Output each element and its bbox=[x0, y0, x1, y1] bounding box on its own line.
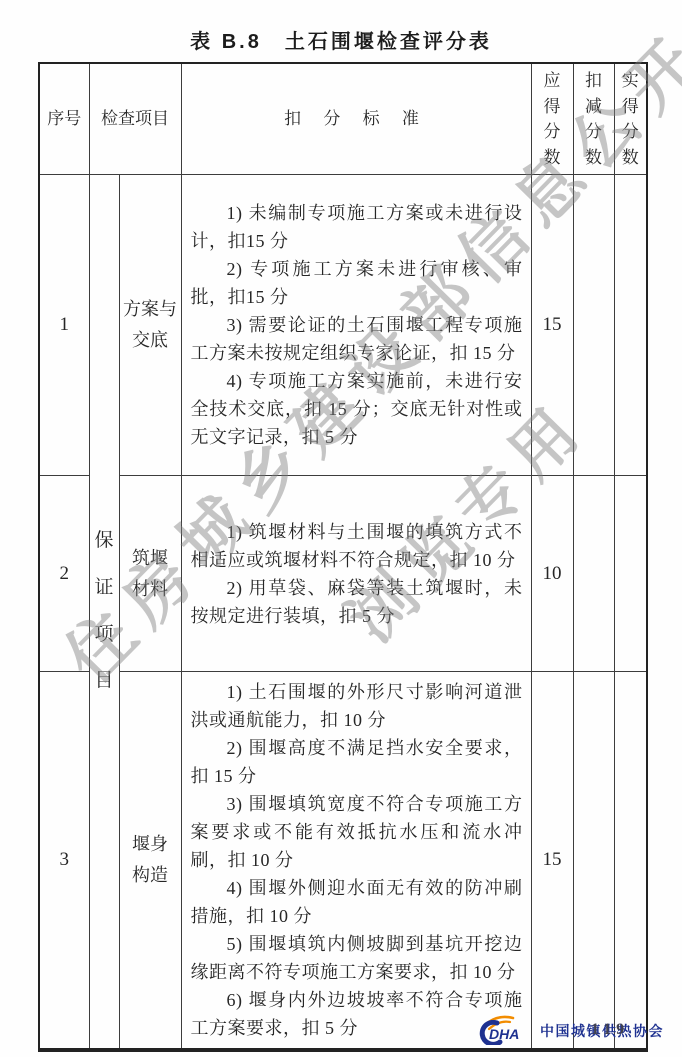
criteria-paragraph: 1) 筑堰材料与土围堰的填筑方式不相适应或筑堰材料不符合规定，扣 10 分 bbox=[191, 518, 523, 574]
cell-actual-score bbox=[614, 476, 647, 672]
cell-due-score: 15 bbox=[531, 672, 573, 1051]
header-deducted-score: 扣减分数 bbox=[573, 63, 614, 175]
svg-text:DHA: DHA bbox=[489, 1026, 519, 1042]
table-row: 3 堰身 构造 1) 土石围堰的外形尺寸影响河道泄洪或通航能力，扣 10 分2)… bbox=[39, 672, 647, 1051]
table-row: 2 筑堰 材料 1) 筑堰材料与土围堰的填筑方式不相适应或筑堰材料不符合规定，扣… bbox=[39, 476, 647, 672]
criteria-paragraph: 3) 需要论证的土石围堰工程专项施工方案未按规定组织专家论证，扣 15 分 bbox=[191, 311, 523, 367]
criteria-paragraph: 4) 专项施工方案实施前，未进行安全技术交底，扣 15 分；交底无针对性或无文字… bbox=[191, 367, 523, 451]
cell-sub-item: 方案与 交底 bbox=[119, 175, 181, 476]
cell-sub-item: 筑堰 材料 bbox=[119, 476, 181, 672]
publisher-footer: DHA 中国城镇供热协会 bbox=[475, 1013, 664, 1049]
cdha-logo-icon: DHA bbox=[475, 1013, 533, 1050]
criteria-paragraph: 2) 围堰高度不满足挡水安全要求，扣 15 分 bbox=[191, 734, 523, 790]
criteria-paragraph: 1) 未编制专项施工方案或未进行设计，扣15 分 bbox=[191, 199, 523, 255]
cell-serial-no: 3 bbox=[39, 672, 89, 1051]
cell-criteria: 1) 筑堰材料与土围堰的填筑方式不相适应或筑堰材料不符合规定，扣 10 分2) … bbox=[181, 476, 531, 672]
cell-deducted-score bbox=[573, 175, 614, 476]
header-serial-no: 序号 bbox=[39, 63, 89, 175]
criteria-paragraph: 4) 围堰外侧迎水面无有效的防冲刷措施，扣 10 分 bbox=[191, 874, 523, 930]
document-page: 表 B.8 土石围堰检查评分表 序号 检查项目 扣 分 标 准 应得分数 扣减分… bbox=[0, 0, 682, 1057]
cell-serial-no: 2 bbox=[39, 476, 89, 672]
cell-deducted-score bbox=[573, 672, 614, 1051]
table-row: 1 保证项目 方案与 交底 1) 未编制专项施工方案或未进行设计，扣15 分2)… bbox=[39, 175, 647, 476]
criteria-paragraph: 3) 围堰填筑宽度不符合专项施工方案要求或不能有效抵抗水压和流水冲刷，扣 10 … bbox=[191, 790, 523, 874]
page-title: 表 B.8 土石围堰检查评分表 bbox=[0, 25, 682, 54]
header-actual-score: 实得分数 bbox=[614, 63, 647, 175]
criteria-paragraph: 6) 堰身内外边坡坡率不符合专项施工方案要求，扣 5 分 bbox=[191, 986, 523, 1042]
cell-group-label: 保证项目 bbox=[89, 175, 119, 1051]
cell-due-score: 10 bbox=[531, 476, 573, 672]
criteria-paragraph: 2) 专项施工方案未进行审核、审批，扣15 分 bbox=[191, 255, 523, 311]
scoring-table: 序号 检查项目 扣 分 标 准 应得分数 扣减分数 实得分数 1 保证项目 方案… bbox=[38, 62, 648, 1052]
table-header-row: 序号 检查项目 扣 分 标 准 应得分数 扣减分数 实得分数 bbox=[39, 63, 647, 175]
cell-criteria: 1) 土石围堰的外形尺寸影响河道泄洪或通航能力，扣 10 分2) 围堰高度不满足… bbox=[181, 672, 531, 1051]
cell-due-score: 15 bbox=[531, 175, 573, 476]
cell-deducted-score bbox=[573, 476, 614, 672]
page-number: 119 bbox=[591, 1021, 629, 1039]
criteria-paragraph: 5) 围堰填筑内侧坡脚到基坑开挖边缘距离不符专项施工方案要求，扣 10 分 bbox=[191, 930, 523, 986]
group-label-text: 保证项目 bbox=[93, 518, 115, 704]
cell-criteria: 1) 未编制专项施工方案或未进行设计，扣15 分2) 专项施工方案未进行审核、审… bbox=[181, 175, 531, 476]
header-inspection-item: 检查项目 bbox=[89, 63, 181, 175]
cell-sub-item: 堰身 构造 bbox=[119, 672, 181, 1051]
header-due-score: 应得分数 bbox=[531, 63, 573, 175]
cell-actual-score bbox=[614, 672, 647, 1051]
criteria-paragraph: 2) 用草袋、麻袋等装土筑堰时，未按规定进行装填，扣 5 分 bbox=[191, 574, 523, 630]
cell-serial-no: 1 bbox=[39, 175, 89, 476]
header-deduction-criteria: 扣 分 标 准 bbox=[181, 63, 531, 175]
cell-actual-score bbox=[614, 175, 647, 476]
criteria-paragraph: 1) 土石围堰的外形尺寸影响河道泄洪或通航能力，扣 10 分 bbox=[191, 678, 523, 734]
